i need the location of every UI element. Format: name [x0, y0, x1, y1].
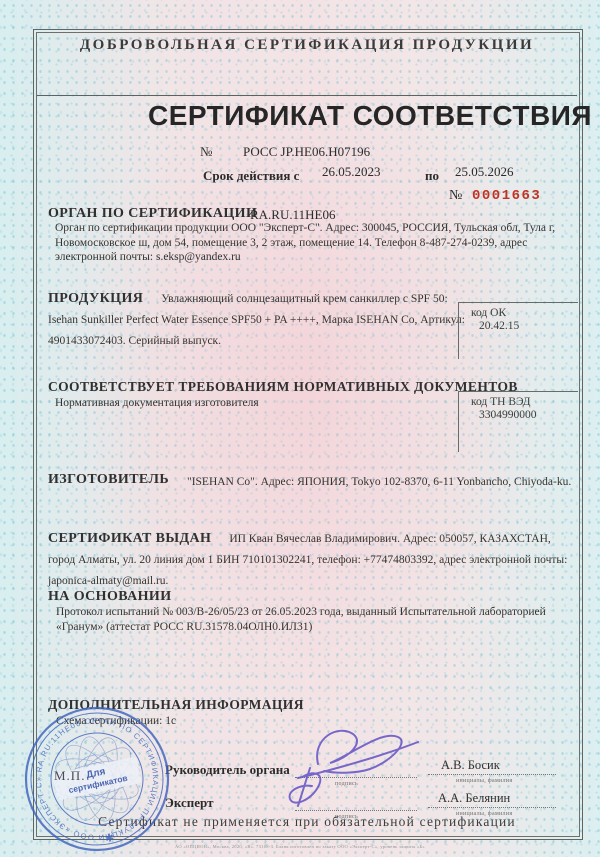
manufacturer-text: "ISEHAN Co". Адрес: ЯПОНИЯ, Tokyo 102-83… — [187, 475, 572, 490]
tnved-code-box: код ТН ВЭД 3304990000 — [458, 391, 578, 452]
blank-number-value: 0001663 — [472, 188, 541, 204]
valid-to-date: 25.05.2026 — [455, 164, 514, 180]
ok-code-box: код ОК 20.42.15 — [458, 302, 578, 359]
expert-name-line — [428, 793, 556, 808]
cert-number-value: РОСС JP.HE06.H07196 — [243, 144, 370, 160]
tnved-label: код ТН ВЭД — [471, 396, 578, 409]
org-address-text: Орган по сертификации продукции ООО "Экс… — [55, 221, 561, 265]
certificate-page: ДОБРОВОЛЬНАЯ СЕРТИФИКАЦИЯ ПРОДУКЦИИ СЕРТ… — [0, 0, 600, 857]
head-name-caption: инициалы, фамилия — [456, 778, 512, 784]
complies-text: Нормативная документация изготовителя — [55, 396, 435, 411]
certification-stamp-icon: ОРГАН ПО СЕРТИФИКАЦИИ ПРОДУКЦИИ ООО «ЭКС… — [18, 703, 176, 855]
section-product-label: ПРОДУКЦИЯ — [48, 291, 143, 306]
section-manufacturer-label: ИЗГОТОВИТЕЛЬ — [48, 472, 169, 488]
product-section: ПРОДУКЦИЯ Увлажняющий солнцезащитный кре… — [48, 288, 468, 350]
issued-section: СЕРТИФИКАТ ВЫДАН ИП Кван Вячеслав Владим… — [48, 528, 580, 590]
basis-text: Протокол испытаний № 003/В-26/05/23 от 2… — [56, 605, 568, 634]
head-of-body-label: Руководитель органа — [165, 762, 290, 778]
valid-from-date: 26.05.2023 — [322, 164, 381, 180]
section-basis-label: НА ОСНОВАНИИ — [48, 589, 172, 605]
top-banner: ДОБРОВОЛЬНАЯ СЕРТИФИКАЦИЯ ПРОДУКЦИИ — [37, 37, 577, 54]
ok-code-value: 20.42.15 — [471, 320, 578, 333]
section-complies-label: СООТВЕТСТВУЕТ ТРЕБОВАНИЯМ НОРМАТИВНЫХ ДО… — [48, 379, 518, 395]
header-divider — [37, 95, 577, 96]
section-org-label: ОРГАН ПО СЕРТИФИКАЦИИ — [48, 206, 257, 222]
tnved-value: 3304990000 — [471, 409, 578, 422]
validity-label: Срок действия с — [203, 168, 299, 184]
signature-ink — [280, 718, 445, 818]
mp-mark: М.П. — [54, 768, 85, 784]
blank-number-label: № — [449, 188, 462, 204]
valid-to-label: по — [425, 168, 439, 184]
section-issued-label: СЕРТИФИКАТ ВЫДАН — [48, 531, 211, 546]
head-name-line — [428, 760, 556, 775]
page-title: СЕРТИФИКАТ СООТВЕТСТВИЯ — [100, 100, 600, 132]
cert-number-label: № — [200, 144, 212, 160]
ok-code-label: код ОК — [471, 307, 578, 320]
